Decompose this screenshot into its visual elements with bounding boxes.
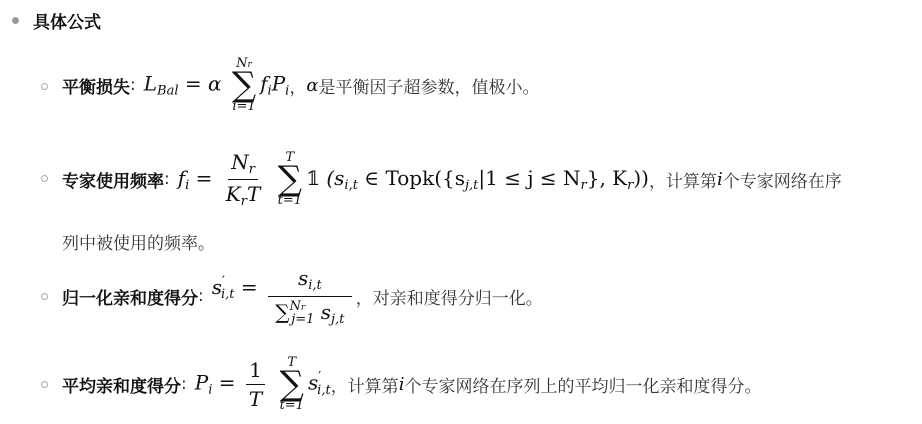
list-item-average-affinity: 平均亲和度得分 : Pi = 1T T∑t=1s′i,t ，计算第 i 个专家网…	[62, 350, 761, 418]
list-item-expert-frequency: 专家使用频率 : fi = NrKrT T∑t=1𝟙 (si,t ∈ Topk(…	[62, 145, 842, 213]
item-description: ，对亲和度得分归一化。	[356, 284, 543, 309]
item-label: 平衡损失	[62, 73, 130, 98]
item-description: 个专家网络在序列上的平均归一化亲和度得分。	[404, 372, 761, 397]
formula-expert-frequency: fi = NrKrT T∑t=1𝟙 (si,t ∈ Topk({sj,t|1 ≤…	[178, 150, 649, 209]
item-label: 归一化亲和度得分	[62, 284, 198, 309]
bullet-circle-icon	[41, 83, 48, 90]
list-item-balance-loss: 平衡损失 : LBal = α Nr∑i=1fiPi ， α 是平衡因子超参数，…	[62, 52, 540, 118]
item-description-continued: 列中被使用的频率。	[62, 229, 215, 254]
bullet-circle-icon	[41, 381, 48, 388]
item-description: 是平衡因子超参数，值极小。	[319, 73, 540, 98]
section-title: 具体公式	[33, 8, 101, 33]
bullet-circle-icon	[41, 293, 48, 300]
item-label: 专家使用频率	[62, 167, 164, 192]
formula-average-affinity: Pi = 1T T∑t=1s′i,t	[195, 356, 331, 412]
formula-balance-loss: LBal = α Nr∑i=1fiPi	[144, 57, 290, 113]
bullet-circle-icon	[41, 175, 48, 182]
list-item-normalized-affinity: 归一化亲和度得分 : s′i,t = si,t∑Nrj=1 sj,t ，对亲和度…	[62, 265, 543, 327]
bullet-dot-icon	[12, 17, 19, 24]
item-label: 平均亲和度得分	[62, 372, 181, 397]
formula-normalized-affinity: s′i,t = si,t∑Nrj=1 sj,t	[212, 266, 356, 327]
